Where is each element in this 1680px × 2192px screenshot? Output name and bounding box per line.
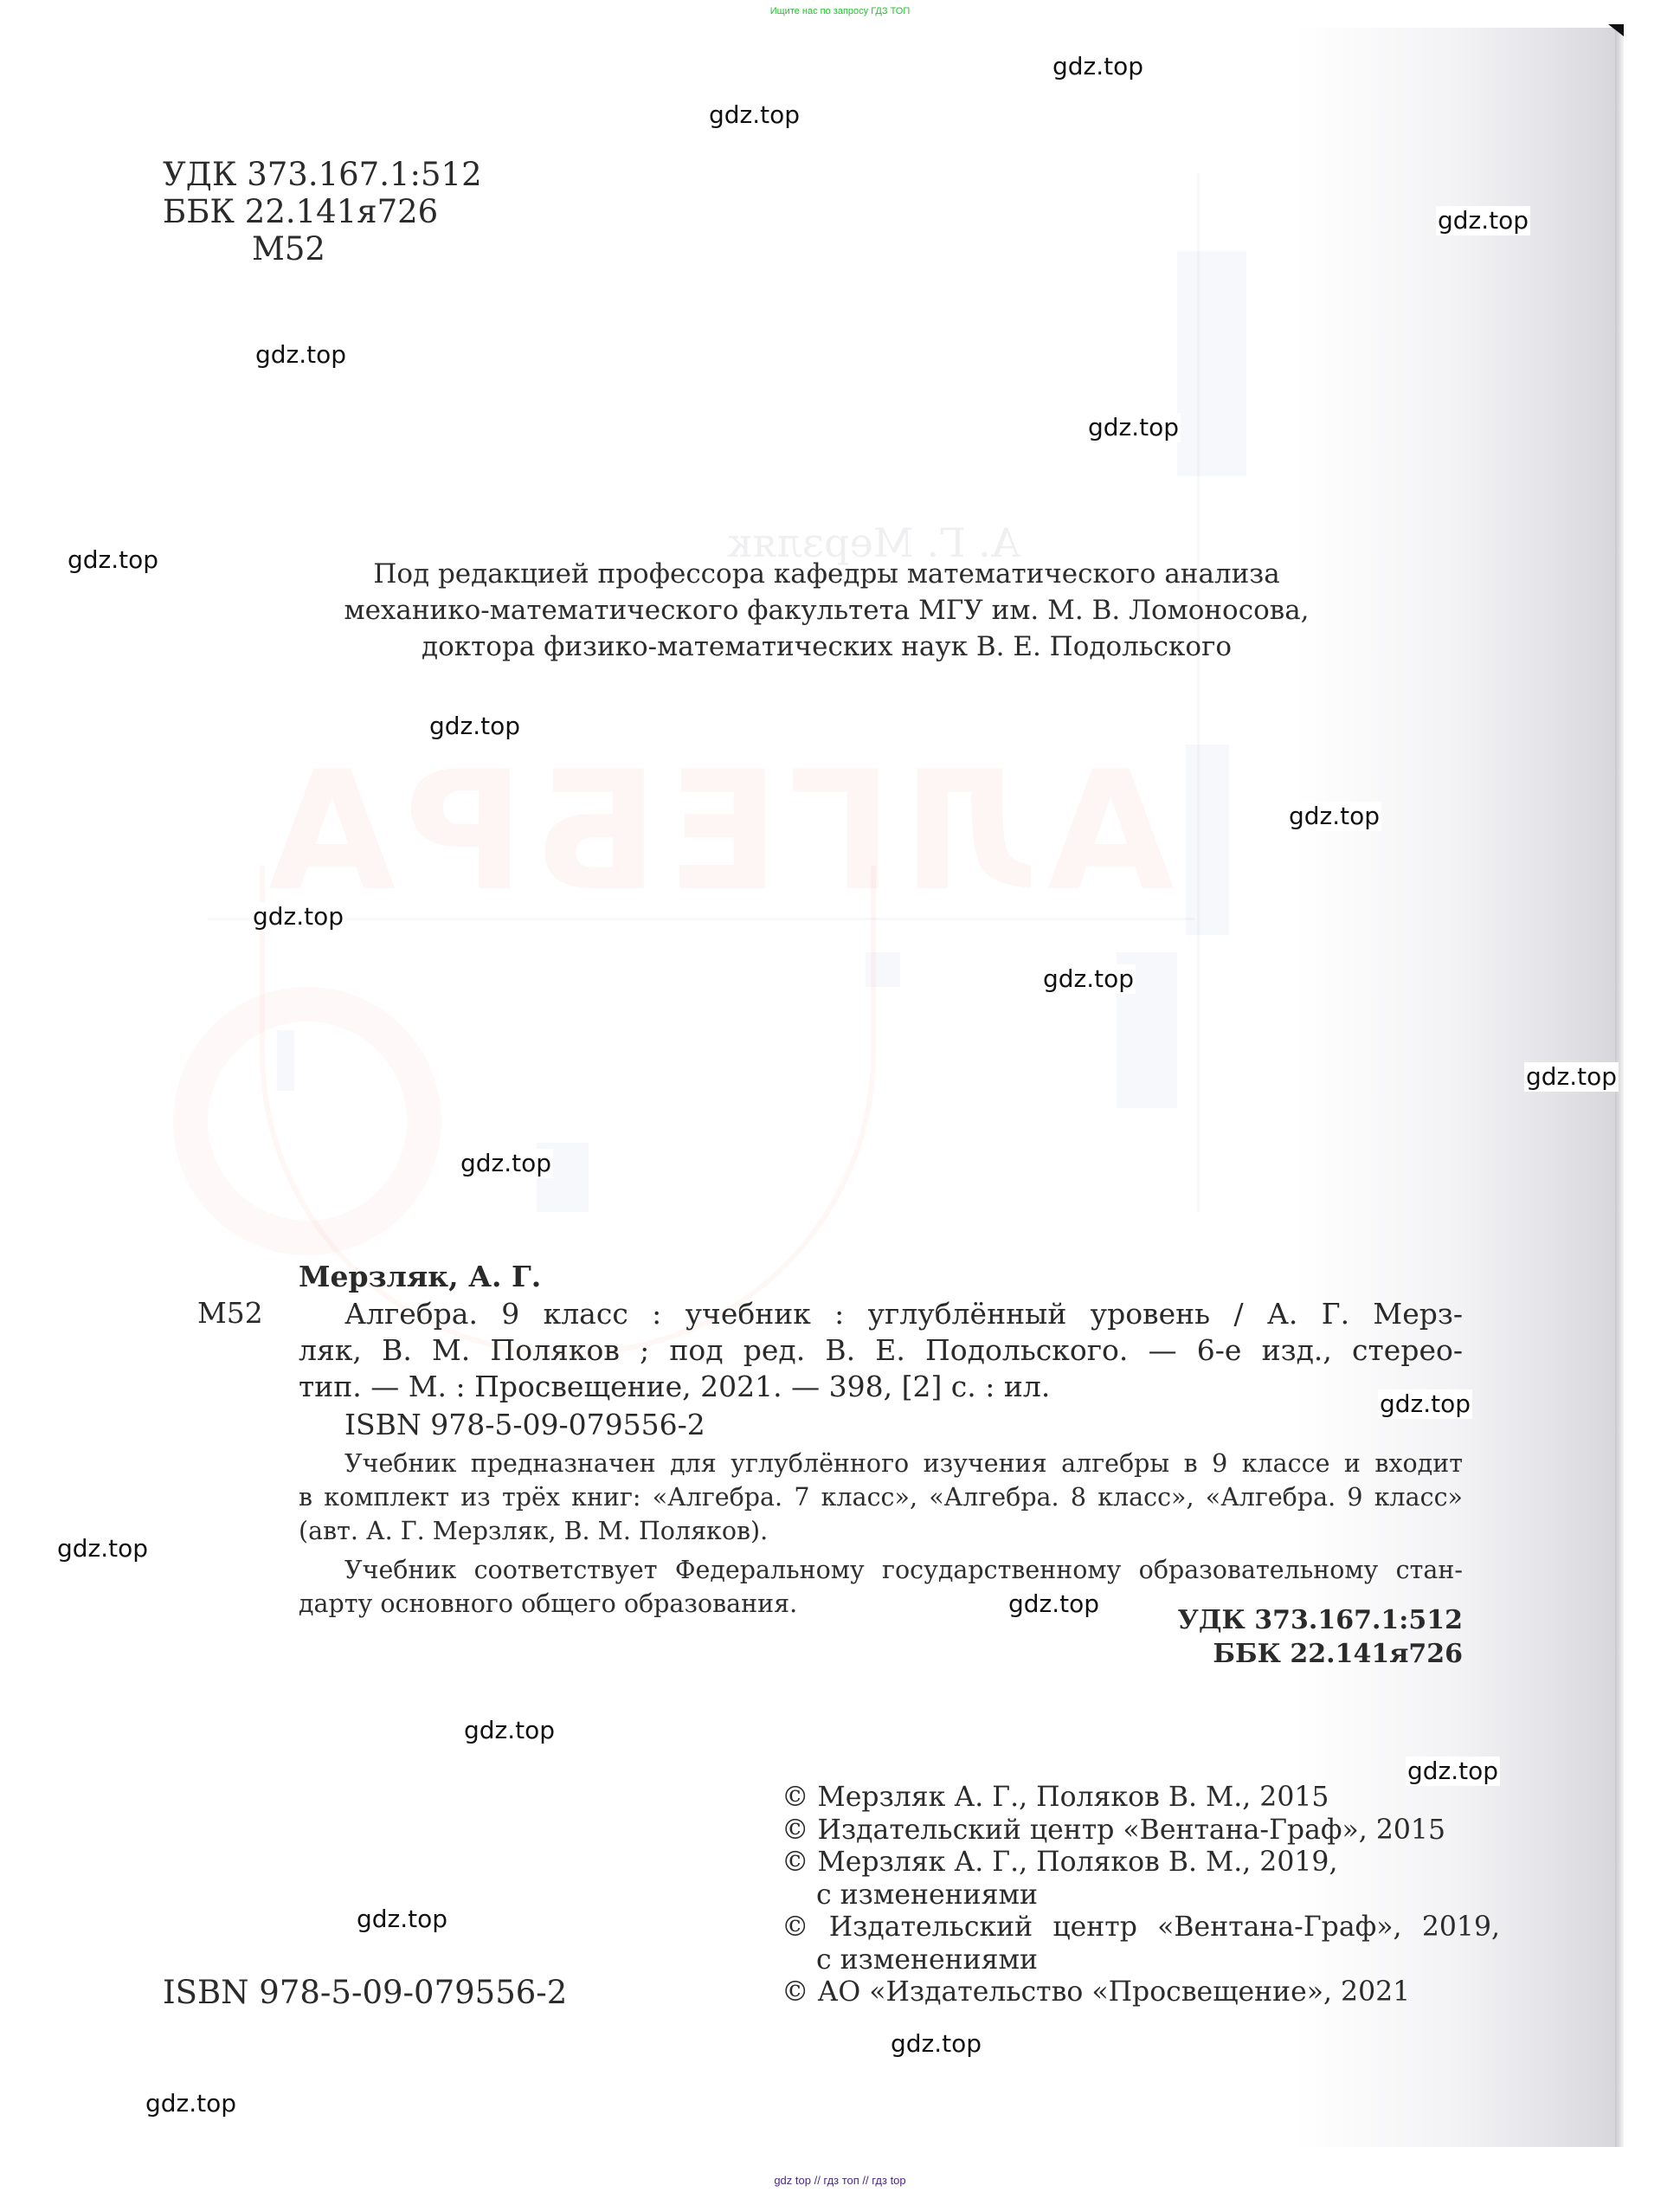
catalog-udk: УДК 373.167.1:512 <box>1117 1603 1463 1637</box>
bbk-code: ББК 22.141я726 <box>163 193 482 230</box>
watermark: gdz.top <box>1378 1389 1472 1419</box>
isbn: ISBN 978-5-09-079556-2 <box>163 1974 567 2011</box>
author-mark: М52 <box>163 230 482 268</box>
editor-note-line: доктора физико-математических наук В. Е.… <box>307 629 1346 665</box>
watermark: gdz.top <box>428 712 522 741</box>
copyright-block: © Мерзляк А. Г., Поляков В. М., 2015 © И… <box>782 1782 1500 2009</box>
copyright-line: © Мерзляк А. Г., Поляков В. М., 2019, <box>782 1847 1500 1879</box>
watermark: gdz.top <box>1524 1062 1619 1092</box>
classification-block: УДК 373.167.1:512 ББК 22.141я726 М52 <box>163 156 482 268</box>
watermark: gdz.top <box>254 340 348 370</box>
watermark: gdz.top <box>1287 802 1381 831</box>
editor-note-line: Под редакцией профессора кафедры математ… <box>307 556 1346 592</box>
catalog-author: Мерзляк, А. Г. <box>299 1260 541 1293</box>
search-hint-banner: Ищите нас по запросу ГДЗ ТОП <box>0 6 1680 16</box>
editor-note: Под редакцией профессора кафедры математ… <box>307 556 1346 665</box>
watermark: gdz.top <box>459 1149 553 1178</box>
catalog-bbk: ББК 22.141я726 <box>1117 1637 1463 1671</box>
catalog-annotation: Учебник предназначен для углублённого из… <box>299 1447 1463 1621</box>
corner-fold <box>1608 24 1624 36</box>
watermark: gdz.top <box>462 1716 557 1745</box>
catalog-isbn: ISBN 978-5-09-079556-2 <box>344 1408 705 1441</box>
copyright-line: © Издательский центр «Вентана-Граф», 201… <box>782 1912 1500 1944</box>
annotation-line: Учебник предназначен для углублённого из… <box>299 1447 1463 1480</box>
catalog-description: Алгебра. 9 класс : учебник : углублённый… <box>299 1296 1463 1405</box>
watermark: gdz.top <box>707 100 801 130</box>
watermark: gdz.top <box>1051 52 1145 81</box>
editor-note-line: механико-математического факультета МГУ … <box>307 592 1346 629</box>
copyright-line: © Мерзляк А. Г., Поляков В. М., 2015 <box>782 1782 1500 1815</box>
watermark: gdz.top <box>55 1534 150 1563</box>
catalog-description-line: тип. — М. : Просвещение, 2021. — 398, [2… <box>299 1369 1463 1405</box>
copyright-line: © АО «Издательство «Просвещение», 2021 <box>782 1976 1500 2009</box>
watermark: gdz.top <box>66 545 160 575</box>
catalog-description-line: ляк, В. М. Поляков ; под ред. В. Е. Подо… <box>299 1332 1463 1369</box>
watermark: gdz.top <box>1406 1757 1500 1786</box>
copyright-line: © Издательский центр «Вентана-Граф», 201… <box>782 1815 1500 1847</box>
catalog-author-mark: М52 <box>197 1296 263 1330</box>
watermark: gdz.top <box>1086 413 1181 442</box>
annotation-line: Учебник соответствует Федеральному госуд… <box>299 1553 1463 1587</box>
udk-code: УДК 373.167.1:512 <box>163 156 482 193</box>
watermark: gdz.top <box>1007 1589 1101 1619</box>
copyright-line: с изменениями <box>782 1879 1500 1912</box>
catalog-description-line: Алгебра. 9 класс : учебник : углублённый… <box>299 1296 1463 1332</box>
watermark: gdz.top <box>1041 964 1136 994</box>
watermark: gdz.top <box>889 2029 983 2059</box>
annotation-line: в комплект из трёх книг: «Алгебра. 7 кла… <box>299 1480 1463 1514</box>
watermark: gdz.top <box>1436 206 1530 235</box>
watermark: gdz.top <box>144 2089 238 2118</box>
catalog-classification: УДК 373.167.1:512 ББК 22.141я726 <box>1117 1603 1463 1671</box>
watermark: gdz.top <box>251 902 345 932</box>
copyright-line: с изменениями <box>782 1944 1500 1977</box>
annotation-line: (авт. А. Г. Мерзляк, В. М. Поляков). <box>299 1514 1463 1548</box>
watermark: gdz.top <box>355 1905 449 1934</box>
site-footer-banner: gdz top // гдз топ // гдз top <box>0 2174 1680 2187</box>
